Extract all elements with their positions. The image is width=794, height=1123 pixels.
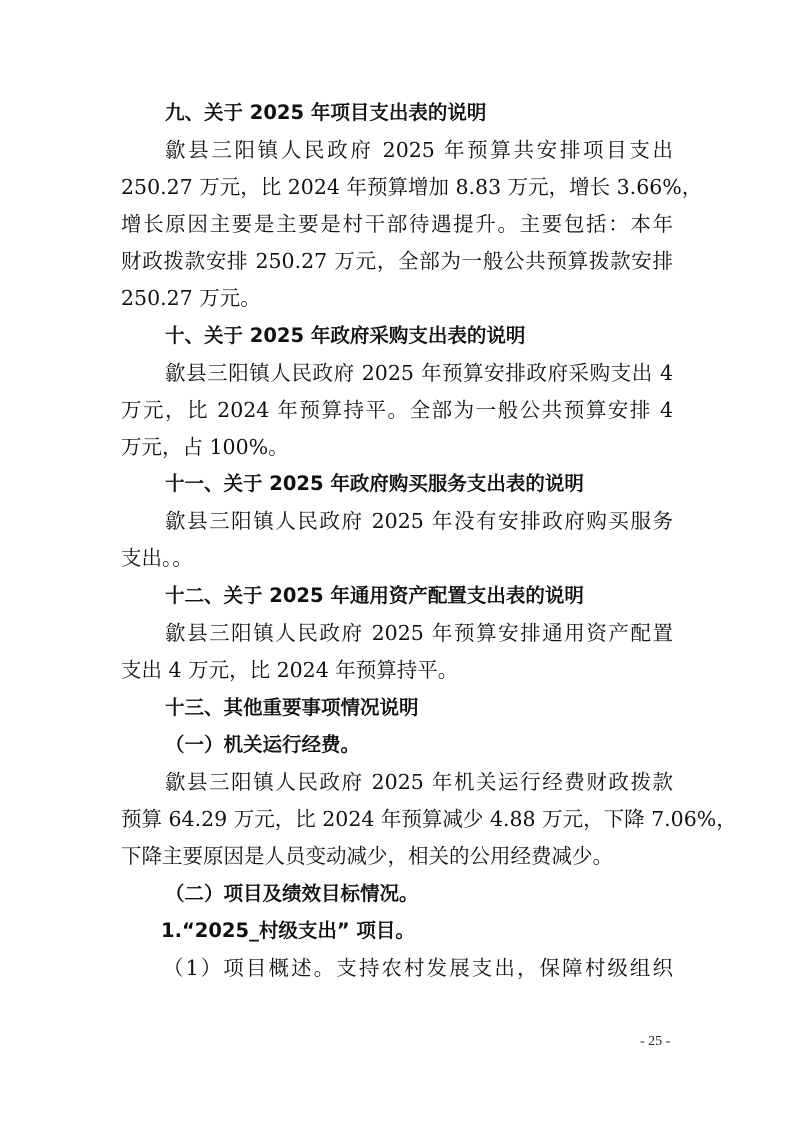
subsection-heading-1: （一）机关运行经费。 [165, 732, 360, 758]
section-heading-9: 九、关于 2025 年项目支出表的说明 [165, 100, 486, 126]
paragraph-line: 250.27 万元。 [121, 285, 261, 311]
paragraph-line: 万元，比 2024 年预算持平。全部为一般公共预算安排 4 [121, 397, 673, 423]
section-heading-10: 十、关于 2025 年政府采购支出表的说明 [165, 323, 525, 349]
paragraph-line: 支出 4 万元，比 2024 年预算持平。 [121, 657, 458, 683]
document-page: 九、关于 2025 年项目支出表的说明 歙县三阳镇人民政府 2025 年预算共安… [0, 0, 794, 1123]
paragraph-line: 歙县三阳镇人民政府 2025 年机关运行经费财政拨款 [165, 769, 673, 795]
paragraph-line: 财政拨款安排 250.27 万元，全部为一般公共预算拨款安排 [121, 248, 673, 274]
paragraph-line: 增长原因主要是主要是村干部待遇提升。主要包括：本年 [121, 211, 673, 237]
paragraph-line: 预算 64.29 万元，比 2024 年预算减少 4.88 万元，下降 7.06… [121, 806, 673, 832]
paragraph-line: 歙县三阳镇人民政府 2025 年预算安排政府采购支出 4 [165, 360, 673, 386]
paragraph-line: 万元，占 100%。 [121, 434, 289, 460]
subsection-heading-2: （二）项目及绩效目标情况。 [165, 881, 419, 907]
section-heading-11: 十一、关于 2025 年政府购买服务支出表的说明 [165, 471, 584, 497]
project-heading: 1.“2025_村级支出” 项目。 [161, 918, 415, 944]
paragraph-line: 歙县三阳镇人民政府 2025 年预算共安排项目支出 [165, 137, 673, 163]
paragraph-line: 250.27 万元，比 2024 年预算增加 8.83 万元，增长 3.66%， [121, 174, 673, 200]
section-heading-13: 十三、其他重要事项情况说明 [165, 695, 419, 721]
paragraph-line: 歙县三阳镇人民政府 2025 年预算安排通用资产配置 [165, 620, 673, 646]
paragraph-line: 歙县三阳镇人民政府 2025 年没有安排政府购买服务 [165, 508, 673, 534]
section-heading-12: 十二、关于 2025 年通用资产配置支出表的说明 [165, 583, 584, 609]
page-number: - 25 - [640, 1034, 670, 1050]
paragraph-line: （1）项目概述。支持农村发展支出，保障村级组织 [163, 955, 673, 981]
paragraph-line: 支出。。 [121, 545, 193, 571]
paragraph-line: 下降主要原因是人员变动减少，相关的公用经费减少。 [121, 843, 613, 869]
